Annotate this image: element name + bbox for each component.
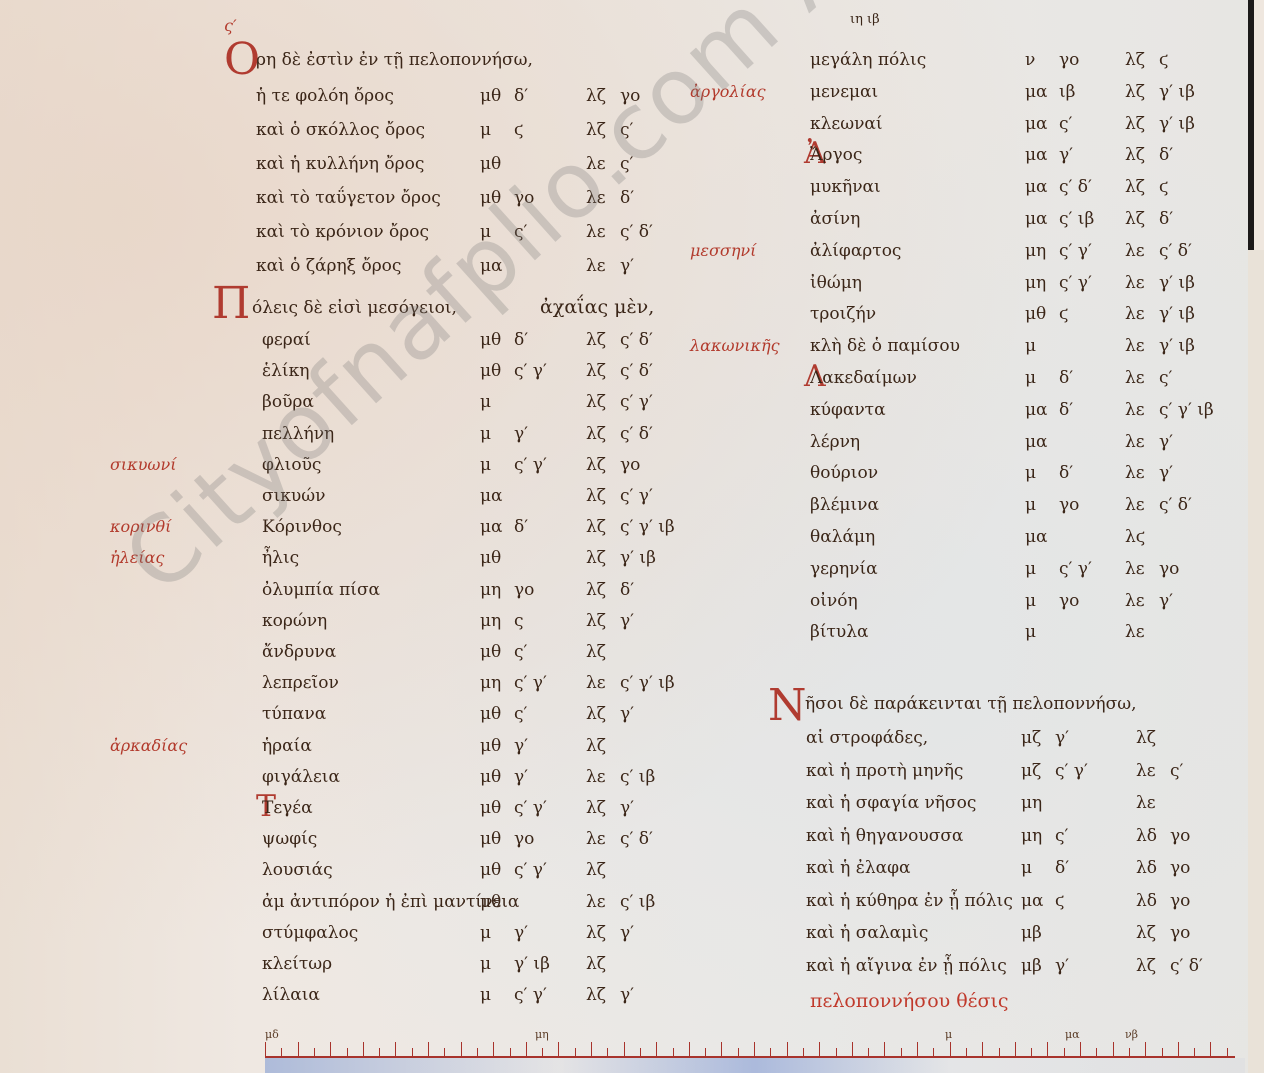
- margin-note: ἠλείας: [110, 548, 164, 567]
- longitude-degrees: μβ: [1021, 923, 1042, 943]
- latitude-fraction: γ′: [1159, 591, 1173, 611]
- longitude-degrees: μθ: [480, 736, 501, 756]
- latitude-degrees: λε: [586, 154, 606, 174]
- latitude-degrees: λε: [1125, 591, 1145, 611]
- scale-tick: [1227, 1048, 1228, 1056]
- latitude-fraction: ϛ: [1159, 177, 1169, 197]
- place-name: κορώνη: [262, 611, 327, 631]
- longitude-degrees: μ: [1025, 336, 1036, 356]
- scale-tick: [363, 1042, 364, 1056]
- margin-note: ἀρκαδίας: [110, 736, 187, 755]
- table-row: βλέμιναμγολες′ δ′: [810, 495, 1264, 521]
- place-name: ἑλίκη: [262, 361, 309, 381]
- place-name: φιγάλεια: [262, 767, 340, 787]
- latitude-fraction: ς′: [620, 154, 633, 174]
- latitude-degrees: λζ: [586, 361, 606, 381]
- scale-tick: [656, 1042, 657, 1056]
- place-name: ἀσίνη: [810, 209, 860, 229]
- longitude-fraction: ς′: [514, 642, 527, 662]
- longitude-degrees: μθ: [480, 188, 501, 208]
- longitude-fraction: ς′ γ′: [514, 361, 547, 381]
- latitude-degrees: λζ: [586, 985, 606, 1005]
- cities-heading-red: ἀχαΐας μὲν,: [540, 296, 654, 318]
- table-row: καὶ ἡ κυλλήνη ὄροςμθλες′: [256, 154, 756, 180]
- place-name: καὶ ἡ σφαγία νῆσος: [806, 793, 976, 813]
- latitude-degrees: λδ: [1136, 826, 1157, 846]
- latitude-fraction: ς′ δ′: [1159, 495, 1192, 515]
- place-name: ψωφίς: [262, 829, 317, 849]
- longitude-degrees: μζ: [1021, 761, 1041, 781]
- longitude-fraction: ς′: [514, 704, 527, 724]
- place-name: μυκῆναι: [810, 177, 881, 197]
- latitude-degrees: λε: [1125, 368, 1145, 388]
- latitude-fraction: ς′ γ′: [620, 486, 653, 506]
- latitude-fraction: γ′: [620, 798, 634, 818]
- scale-tick: [1015, 1042, 1016, 1056]
- latitude-fraction: ς′ δ′: [620, 222, 653, 242]
- place-name: λουσιάς: [262, 860, 333, 880]
- longitude-degrees: μα: [1025, 527, 1048, 547]
- scale-tick: [330, 1042, 331, 1056]
- table-row: ἑλίκημθς′ γ′λζς′ δ′: [262, 361, 762, 387]
- scale-tick: [754, 1042, 755, 1056]
- longitude-fraction: ιβ: [1059, 82, 1076, 102]
- table-row: ἀργολίαςμενεμαιμαιβλζγ′ ιβ: [810, 82, 1264, 108]
- place-name: ἄνδρυνα: [262, 642, 336, 662]
- longitude-fraction: γ′: [1055, 728, 1069, 748]
- latitude-fraction: ς′ δ′: [1159, 241, 1192, 261]
- scale-tick: [298, 1042, 299, 1056]
- longitude-degrees: μα: [1025, 82, 1048, 102]
- place-name: βλέμινα: [810, 495, 879, 515]
- latitude-degrees: λε: [1125, 622, 1145, 642]
- latitude-degrees: λε: [1125, 400, 1145, 420]
- longitude-degrees: μα: [480, 486, 503, 506]
- table-row: ΛΛακεδαίμωνμδ′λες′: [810, 368, 1264, 394]
- scale-tick: [1047, 1042, 1048, 1056]
- scale-tick: [803, 1048, 804, 1056]
- latitude-degrees: λζ: [586, 548, 606, 568]
- longitude-degrees: μθ: [480, 798, 501, 818]
- scale-label: μα: [1065, 1028, 1080, 1041]
- latitude-fraction: γ′ ιβ: [1159, 273, 1195, 293]
- latitude-fraction: γο: [1170, 891, 1190, 911]
- place-name: ἦλις: [262, 548, 299, 568]
- latitude-degrees: λε: [1125, 463, 1145, 483]
- place-name: βίτυλα: [810, 622, 869, 642]
- longitude-degrees: μθ: [480, 767, 501, 787]
- scale-tick: [1210, 1042, 1211, 1056]
- longitude-fraction: ς′ γ′: [514, 673, 547, 693]
- longitude-fraction: ϛ: [1059, 304, 1069, 324]
- table-row: λίλαιαμς′ γ′λζγ′: [262, 985, 762, 1011]
- table-row: ἈἌργοςμαγ′λζδ′: [810, 145, 1264, 171]
- scale-tick: [901, 1048, 902, 1056]
- table-row: κορινθίΚόρινθοςμαδ′λζς′ γ′ ιβ: [262, 517, 762, 543]
- table-row: μεγάλη πόλιςνγολζϛ: [810, 50, 1264, 76]
- latitude-degrees: λζ: [1125, 82, 1145, 102]
- latitude-degrees: λε: [1125, 336, 1145, 356]
- table-row: σικυωνίφλιοῦςμς′ γ′λζγο: [262, 455, 762, 481]
- place-name: βοῦρα: [262, 392, 314, 412]
- table-row: σικυώνμαλζς′ γ′: [262, 486, 762, 512]
- latitude-degrees: λζ: [1125, 177, 1145, 197]
- latitude-fraction: γ′ ιβ: [1159, 336, 1195, 356]
- scale-label: μη: [535, 1028, 549, 1041]
- latitude-degrees: λζ: [1125, 145, 1145, 165]
- table-row: καὶ ἡ προτὴ μηνῆςμζς′ γ′λες′: [806, 761, 1264, 787]
- scale-tick: [1031, 1048, 1032, 1056]
- longitude-degrees: μ: [1025, 495, 1036, 515]
- latitude-degrees: λζ: [586, 611, 606, 631]
- latitude-fraction: γο: [620, 86, 640, 106]
- margin-note: σικυωνί: [110, 455, 176, 474]
- table-row: θαλάμημαλϛ: [810, 527, 1264, 553]
- latitude-degrees: λζ: [586, 580, 606, 600]
- place-name: Ἄργος: [810, 145, 862, 165]
- table-row: ΤΤεγέαμθς′ γ′λζγ′: [262, 798, 762, 824]
- latitude-degrees: λζ: [586, 642, 606, 662]
- longitude-fraction: δ′: [1055, 858, 1069, 878]
- longitude-degrees: μ: [480, 923, 491, 943]
- map-fragment: [265, 1058, 1245, 1073]
- place-name: σικυών: [262, 486, 325, 506]
- table-row: κλεωναίμας′λζγ′ ιβ: [810, 114, 1264, 140]
- latitude-degrees: λζ: [586, 455, 606, 475]
- latitude-degrees: λε: [1125, 304, 1145, 324]
- table-row: καὶ τὸ ταΰγετον ὄροςμθγολεδ′: [256, 188, 756, 214]
- latitude-fraction: ς′ γ′ ιβ: [620, 517, 675, 537]
- longitude-fraction: γ′: [1059, 145, 1073, 165]
- scale-tick: [412, 1048, 413, 1056]
- scale-tick: [510, 1048, 511, 1056]
- table-row: οἰνόημγολεγ′: [810, 591, 1264, 617]
- scale-label: μδ: [265, 1028, 279, 1041]
- latitude-degrees: λζ: [1136, 956, 1156, 976]
- scale-tick: [493, 1042, 494, 1056]
- scale-tick: [591, 1042, 592, 1056]
- longitude-fraction: ϛ: [1055, 891, 1065, 911]
- table-row: ἰθώμημης′ γ′λεγ′ ιβ: [810, 273, 1264, 299]
- latitude-degrees: λζ: [1125, 114, 1145, 134]
- place-name: οἰνόη: [810, 591, 858, 611]
- longitude-degrees: μα: [480, 256, 503, 276]
- scale-tick: [542, 1048, 543, 1056]
- longitude-degrees: μα: [1025, 177, 1048, 197]
- longitude-degrees: μη: [480, 673, 501, 693]
- place-name: πελλήνη: [262, 424, 334, 444]
- place-name: Τεγέα: [262, 798, 313, 818]
- scale-label: νβ: [1125, 1028, 1138, 1041]
- latitude-degrees: λζ: [586, 704, 606, 724]
- latitude-fraction: δ′: [620, 580, 634, 600]
- scale-tick: [281, 1048, 282, 1056]
- table-row: στύμφαλοςμγ′λζγ′: [262, 923, 762, 949]
- latitude-degrees: λε: [586, 673, 606, 693]
- longitude-degrees: μθ: [480, 86, 501, 106]
- longitude-fraction: δ′: [514, 86, 528, 106]
- place-name: καὶ τὸ ταΰγετον ὄρος: [256, 188, 441, 208]
- longitude-degrees: μ: [480, 222, 491, 242]
- table-row: ἡ τε φολόη ὄροςμθδ′λζγο: [256, 86, 756, 112]
- scale-tick: [1129, 1048, 1130, 1056]
- latitude-fraction: δ′: [620, 188, 634, 208]
- longitude-degrees: μθ: [480, 330, 501, 350]
- scale-tick: [868, 1048, 869, 1056]
- table-row: λεπρεῖονμης′ γ′λες′ γ′ ιβ: [262, 673, 762, 699]
- latitude-degrees: λε: [1125, 432, 1145, 452]
- longitude-fraction: γ′: [514, 923, 528, 943]
- longitude-fraction: ς′ γ′: [514, 860, 547, 880]
- scale-label: μ: [945, 1028, 952, 1041]
- latitude-degrees: λζ: [586, 120, 606, 140]
- latitude-degrees: λζ: [586, 86, 606, 106]
- longitude-degrees: μ: [480, 954, 491, 974]
- place-name: αἱ στροφάδες,: [806, 728, 928, 748]
- scale-tick: [689, 1042, 690, 1056]
- latitude-degrees: λζ: [586, 798, 606, 818]
- latitude-degrees: λζ: [586, 392, 606, 412]
- table-row: τύπαναμθς′λζγ′: [262, 704, 762, 730]
- latitude-fraction: ς′ ιβ: [620, 892, 655, 912]
- place-name: καὶ ὁ ζάρηξ ὄρος: [256, 256, 401, 276]
- place-name: καὶ ἡ κύθηρα ἐν ᾗ πόλις: [806, 891, 1013, 911]
- place-name: λεπρεῖον: [262, 673, 339, 693]
- scale-tick: [395, 1042, 396, 1056]
- table-row: καὶ ἡ θηγανουσσαμης′λδγο: [806, 826, 1264, 852]
- table-row: κύφανταμαδ′λες′ γ′ ιβ: [810, 400, 1264, 426]
- latitude-degrees: λε: [586, 767, 606, 787]
- place-name: φλιοῦς: [262, 455, 321, 475]
- table-row: καὶ ἡ ἐλαφαμδ′λδγο: [806, 858, 1264, 884]
- longitude-fraction: γο: [1059, 50, 1079, 70]
- longitude-fraction: ς′ γ′: [514, 798, 547, 818]
- scale-tick: [770, 1048, 771, 1056]
- longitude-fraction: ς′ γ′: [1059, 559, 1092, 579]
- longitude-degrees: μ: [1021, 858, 1032, 878]
- place-name: ὀλυμπία πίσα: [262, 580, 380, 600]
- scale-tick: [999, 1048, 1000, 1056]
- latitude-fraction: γ′: [620, 256, 634, 276]
- scale-tick: [966, 1048, 967, 1056]
- table-row: ἀμ ἀντιπόρον ἡ ἐπὶ μαντίνειαμθλες′ ιβ: [262, 892, 762, 918]
- table-row: καὶ ἡ σαλαμὶςμβλζγο: [806, 923, 1264, 949]
- longitude-degrees: μζ: [1021, 728, 1041, 748]
- longitude-fraction: γο: [514, 188, 534, 208]
- heading-text: ρη δὲ ἐστὶν ἐν τῇ πελοποννήσω,: [256, 50, 533, 70]
- scale-tick: [884, 1042, 885, 1056]
- latitude-degrees: λζ: [586, 517, 606, 537]
- place-name: φεραί: [262, 330, 311, 350]
- scale-tick: [640, 1048, 641, 1056]
- table-row: καὶ ἡ κύθηρα ἐν ᾗ πόλιςμαϛλδγο: [806, 891, 1264, 917]
- scale-tick: [836, 1048, 837, 1056]
- latitude-fraction: γο: [1170, 826, 1190, 846]
- latitude-fraction: ς′ δ′: [620, 330, 653, 350]
- latitude-degrees: λϛ: [1125, 527, 1145, 547]
- scale-tick: [265, 1042, 266, 1056]
- table-row: μεσσηνίἀλίφαρτοςμης′ γ′λες′ δ′: [810, 241, 1264, 267]
- longitude-degrees: μ: [1025, 559, 1036, 579]
- longitude-degrees: μθ: [480, 704, 501, 724]
- longitude-degrees: μα: [1025, 145, 1048, 165]
- longitude-fraction: ϛ: [514, 120, 524, 140]
- latitude-fraction: ς′: [1170, 761, 1183, 781]
- table-row: καὶ ὁ ζάρηξ ὄροςμαλεγ′: [256, 256, 756, 282]
- latitude-fraction: γο: [1170, 858, 1190, 878]
- longitude-fraction: γ′ ιβ: [514, 954, 550, 974]
- longitude-degrees: μ: [1025, 591, 1036, 611]
- margin-note: λακωνικῆς: [690, 336, 780, 355]
- latitude-fraction: γο: [1159, 559, 1179, 579]
- longitude-fraction: ς′: [1059, 114, 1072, 134]
- place-name: θαλάμη: [810, 527, 875, 547]
- scale-tick: [852, 1042, 853, 1056]
- scale-tick: [444, 1048, 445, 1056]
- latitude-degrees: λζ: [1125, 209, 1145, 229]
- longitude-degrees: μα: [1025, 114, 1048, 134]
- latitude-fraction: ϛ: [1159, 50, 1169, 70]
- latitude-fraction: γ′: [1159, 463, 1173, 483]
- table-row: ἀσίνημας′ ιβλζδ′: [810, 209, 1264, 235]
- table-row: φεραίμθδ′λζς′ δ′: [262, 330, 762, 356]
- longitude-fraction: γο: [514, 580, 534, 600]
- longitude-fraction: ς′ γ′: [1059, 273, 1092, 293]
- latitude-degrees: λε: [1125, 559, 1145, 579]
- longitude-degrees: μ: [1025, 463, 1036, 483]
- table-row: βίτυλαμλε: [810, 622, 1264, 648]
- longitude-degrees: μα: [1025, 209, 1048, 229]
- islands-initial: Ν: [768, 684, 807, 728]
- latitude-degrees: λε: [586, 222, 606, 242]
- latitude-fraction: δ′: [1159, 145, 1173, 165]
- latitude-degrees: λε: [586, 188, 606, 208]
- longitude-fraction: γ′: [514, 424, 528, 444]
- scale-tick: [1162, 1048, 1163, 1056]
- latitude-degrees: λζ: [1125, 50, 1145, 70]
- longitude-fraction: ς′ γ′: [1055, 761, 1088, 781]
- longitude-fraction: γ′: [514, 736, 528, 756]
- table-row: ἄνδρυναμθς′λζ: [262, 642, 762, 668]
- table-row: πελλήνημγ′λζς′ δ′: [262, 424, 762, 450]
- longitude-degrees: μ: [480, 455, 491, 475]
- longitude-fraction: γο: [1059, 591, 1079, 611]
- longitude-degrees: μ: [1025, 368, 1036, 388]
- longitude-degrees: μη: [480, 611, 501, 631]
- table-row: ἠλείαςἦλιςμθλζγ′ ιβ: [262, 548, 762, 574]
- longitude-fraction: ς′: [514, 222, 527, 242]
- longitude-degrees: μα: [1025, 432, 1048, 452]
- table-row: ψωφίςμθγολες′ δ′: [262, 829, 762, 855]
- table-row: αἱ στροφάδες,μζγ′λζ: [806, 728, 1264, 754]
- table-row: κλείτωρμγ′ ιβλζ: [262, 954, 762, 980]
- place-name: λέρνη: [810, 432, 860, 452]
- latitude-fraction: γ′: [620, 923, 634, 943]
- cities-heading: όλεις δὲ εἰσὶ μεσόγειοι,: [252, 298, 457, 318]
- latitude-degrees: λζ: [586, 424, 606, 444]
- latitude-fraction: ς′ γ′: [620, 392, 653, 412]
- latitude-fraction: ς′ δ′: [1170, 956, 1203, 976]
- latitude-degrees: λε: [586, 892, 606, 912]
- latitude-fraction: γ′ ιβ: [1159, 114, 1195, 134]
- table-row: θούριονμδ′λεγ′: [810, 463, 1264, 489]
- longitude-degrees: μθ: [480, 892, 501, 912]
- latitude-degrees: λζ: [586, 330, 606, 350]
- latitude-degrees: λζ: [586, 923, 606, 943]
- table-row: καὶ ἡ αἴγινα ἐν ᾗ πόλιςμβγ′λζς′ δ′: [806, 956, 1264, 982]
- table-row: λακωνικῆςκλὴ δὲ ὁ παμίσουμλεγ′ ιβ: [810, 336, 1264, 362]
- islands-heading: ῆσοι δὲ παράκεινται τῇ πελοποννήσω,: [805, 694, 1136, 714]
- scale-tick: [1064, 1048, 1065, 1056]
- longitude-fraction: ς′: [1055, 826, 1068, 846]
- table-row: ἀρκαδίαςἡραίαμθγ′λζ: [262, 736, 762, 762]
- scale-tick: [575, 1048, 576, 1056]
- margin-note: ἀργολίας: [690, 82, 766, 101]
- scale-tick: [738, 1048, 739, 1056]
- table-row: φιγάλειαμθγ′λες′ ιβ: [262, 767, 762, 793]
- longitude-fraction: γο: [514, 829, 534, 849]
- longitude-fraction: ς′ γ′: [514, 455, 547, 475]
- table-row: τροιζήνμθϛλεγ′ ιβ: [810, 304, 1264, 330]
- table-row: κορώνημηςλζγ′: [262, 611, 762, 637]
- latitude-degrees: λζ: [1136, 728, 1156, 748]
- latitude-degrees: λε: [1125, 241, 1145, 261]
- longitude-degrees: μα: [1021, 891, 1044, 911]
- longitude-fraction: δ′: [1059, 400, 1073, 420]
- latitude-degrees: λζ: [586, 486, 606, 506]
- place-name: καὶ ἡ σαλαμὶς: [806, 923, 928, 943]
- scale-tick: [1080, 1042, 1081, 1056]
- top-note: ιη ιβ: [850, 12, 880, 27]
- scale-tick: [673, 1048, 674, 1056]
- longitude-degrees: μ: [480, 120, 491, 140]
- place-name: καὶ ἡ ἐλαφα: [806, 858, 911, 878]
- place-name: ἡ τε φολόη ὄρος: [256, 86, 394, 106]
- place-name: ἡραία: [262, 736, 312, 756]
- place-name: κλείτωρ: [262, 954, 332, 974]
- place-name: στύμφαλος: [262, 923, 358, 943]
- top-mark: ς′: [224, 16, 237, 35]
- longitude-fraction: γ′: [1055, 956, 1069, 976]
- longitude-degrees: μθ: [480, 860, 501, 880]
- scale-tick: [1113, 1042, 1114, 1056]
- longitude-degrees: μη: [1021, 826, 1042, 846]
- longitude-fraction: ς: [514, 611, 524, 631]
- place-name: καὶ ἡ κυλλήνη ὄρος: [256, 154, 424, 174]
- place-name: μενεμαι: [810, 82, 878, 102]
- place-name: ἰθώμη: [810, 273, 862, 293]
- latitude-degrees: λζ: [586, 954, 606, 974]
- longitude-degrees: μη: [1021, 793, 1042, 813]
- place-name: ἀλίφαρτος: [810, 241, 901, 261]
- table-row: βοῦραμλζς′ γ′: [262, 392, 762, 418]
- latitude-degrees: λε: [1136, 793, 1156, 813]
- scale-tick: [1096, 1048, 1097, 1056]
- latitude-fraction: γο: [1170, 923, 1190, 943]
- longitude-degrees: μθ: [480, 548, 501, 568]
- latitude-degrees: λδ: [1136, 891, 1157, 911]
- longitude-fraction: ς′ γ′: [514, 985, 547, 1005]
- place-name: κύφαντα: [810, 400, 886, 420]
- latitude-degrees: λζ: [1136, 923, 1156, 943]
- latitude-degrees: λδ: [1136, 858, 1157, 878]
- latitude-degrees: λε: [1125, 495, 1145, 515]
- latitude-fraction: δ′: [1159, 209, 1173, 229]
- place-name: καὶ ὁ σκόλλος ὄρος: [256, 120, 425, 140]
- latitude-fraction: γ′: [620, 704, 634, 724]
- footer-red-title: πελοποννήσου θέσις: [810, 990, 1009, 1012]
- scale-tick: [314, 1048, 315, 1056]
